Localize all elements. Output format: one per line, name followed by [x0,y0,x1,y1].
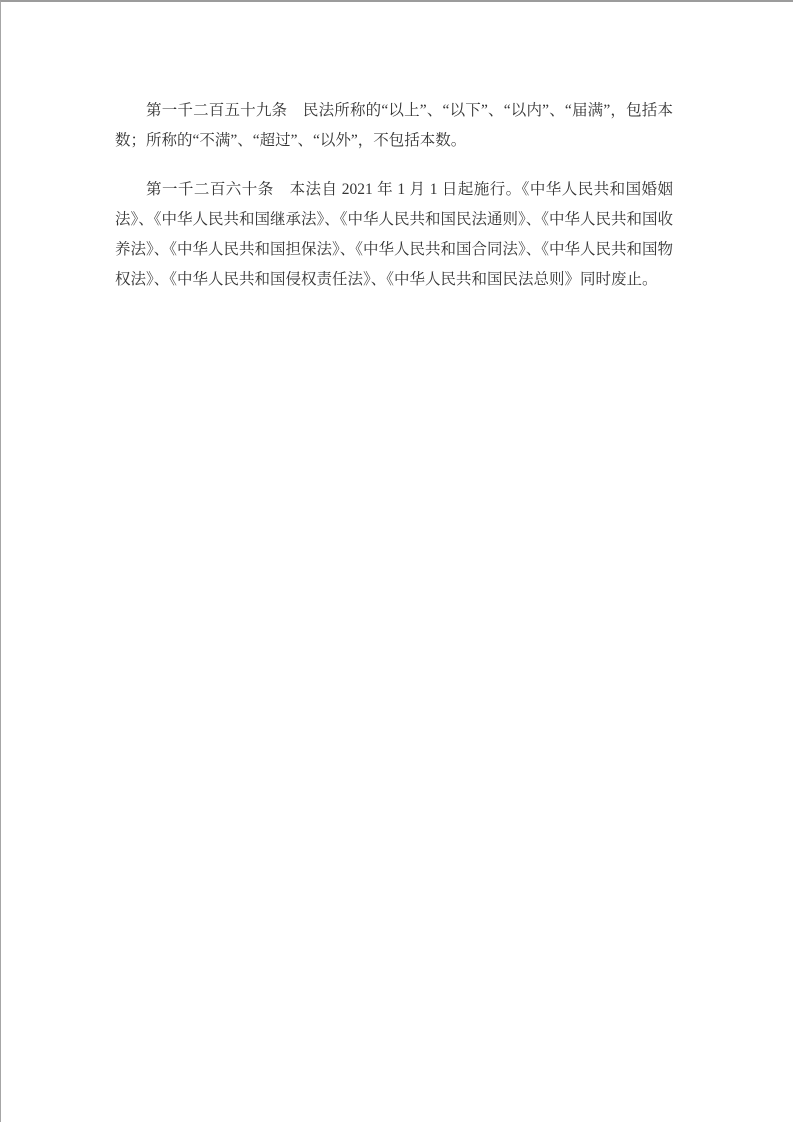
document-body: 第一千二百五十九条 民法所称的“以上”、“以下”、“以内”、“届满”，包括本数；… [115,96,673,295]
document-page: 第一千二百五十九条 民法所称的“以上”、“以下”、“以内”、“届满”，包括本数；… [0,0,793,1122]
article-1259-paragraph: 第一千二百五十九条 民法所称的“以上”、“以下”、“以内”、“届满”，包括本数；… [115,96,673,156]
article-1260-paragraph: 第一千二百六十条 本法自 2021 年 1 月 1 日起施行。《中华人民共和国婚… [115,175,673,295]
